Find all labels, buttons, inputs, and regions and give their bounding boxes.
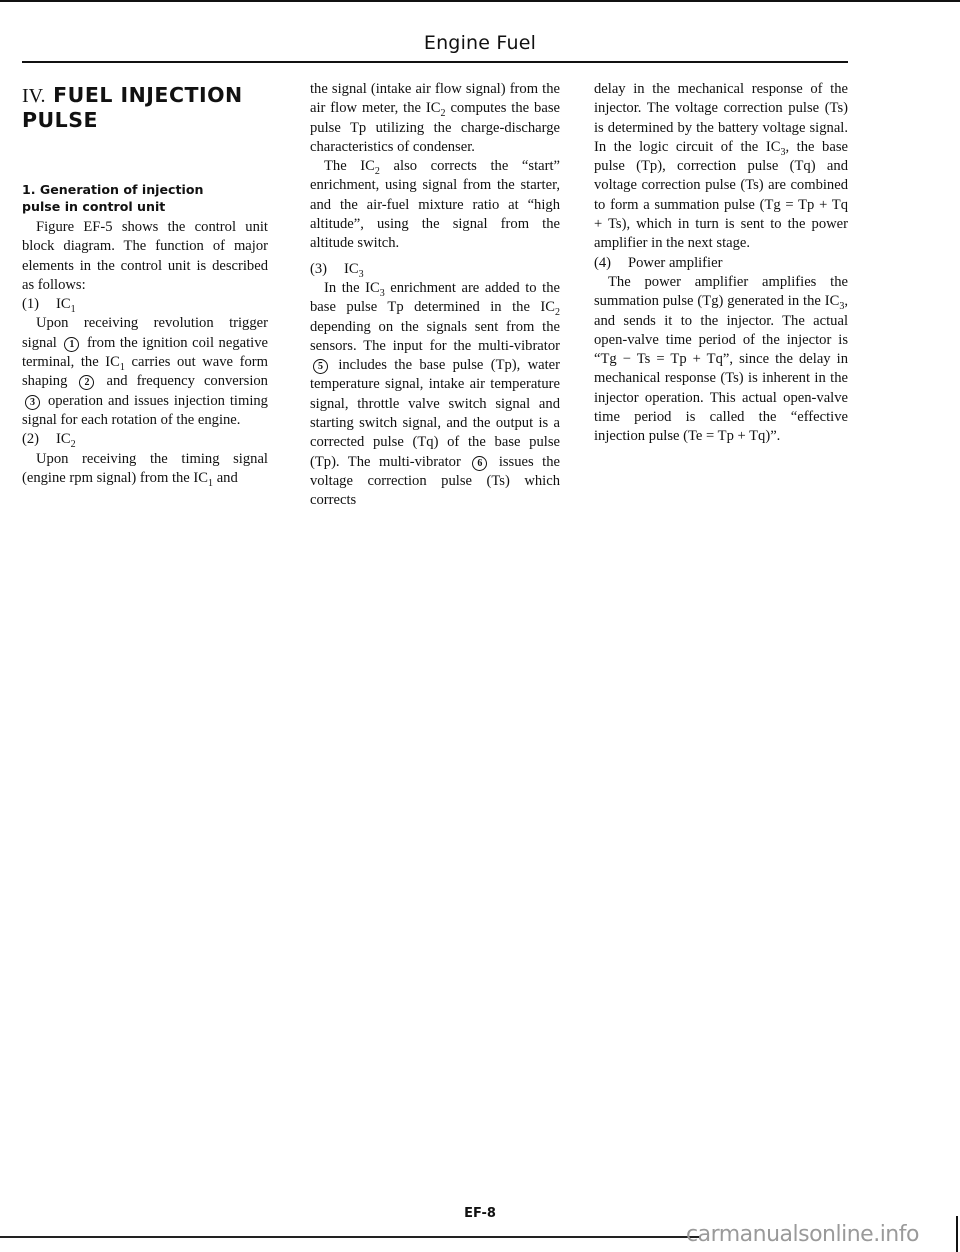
text-run: In the IC <box>324 280 380 296</box>
section-roman-numeral: IV. <box>22 85 46 107</box>
item-2-paragraph: Upon receiving the timing signal (engine… <box>22 450 268 489</box>
text-run: and frequency conversion <box>106 373 268 389</box>
text-run: depending on the signals sent from the s… <box>310 319 560 354</box>
subscript: 2 <box>441 108 446 119</box>
text-run: The IC <box>324 158 375 174</box>
col3-paragraph-1: delay in the mechanical response of the … <box>594 80 848 254</box>
text-run: , and sends it to the injector. The actu… <box>594 293 848 444</box>
item-2-label: IC <box>56 431 71 447</box>
page-edge-bar <box>956 1216 958 1252</box>
header-rule <box>22 61 848 63</box>
subsection-heading: 1. Generation of injection pulse in cont… <box>22 181 268 215</box>
text-run: and <box>217 470 238 486</box>
circled-number-1-icon: 1 <box>64 337 79 352</box>
section-title-line2: PULSE <box>22 108 98 132</box>
item-2-heading: (2)IC2 <box>22 430 268 449</box>
col2-paragraph-1: the signal (intake air flow signal) from… <box>310 80 560 157</box>
running-header-title: Engine Fuel <box>0 32 960 54</box>
item-3-paragraph: In the IC3 enrichment are added to the b… <box>310 279 560 511</box>
column-2: the signal (intake air flow signal) from… <box>310 80 560 511</box>
item-3-number: (3) <box>310 260 344 279</box>
column-1: IV. FUEL INJECTION PULSE 1. Generation o… <box>22 80 268 488</box>
footer-rule <box>0 1236 700 1238</box>
item-3-heading: (3)IC3 <box>310 260 560 279</box>
subsection-title-line1: 1. Generation of injection <box>22 182 203 197</box>
item-1-paragraph: Upon receiving revolution trigger signal… <box>22 314 268 430</box>
item-1-label: IC <box>56 296 71 312</box>
subscript: 1 <box>208 478 213 489</box>
section-heading: IV. FUEL INJECTION PULSE <box>22 83 268 132</box>
watermark-link[interactable]: carmanualsonline.info <box>686 1222 919 1247</box>
subscript: 1 <box>120 362 125 373</box>
circled-number-5-icon: 5 <box>313 359 328 374</box>
item-1-heading: (1)IC1 <box>22 295 268 314</box>
subscript: 3 <box>380 288 385 299</box>
text-run: , the base pulse (Tp), correction pulse … <box>594 139 848 251</box>
column-3: delay in the mechanical response of the … <box>594 80 848 447</box>
circled-number-3-icon: 3 <box>25 395 40 410</box>
item-2-number: (2) <box>22 430 56 449</box>
item-4-label: Power amplifier <box>628 255 722 271</box>
item-3-label: IC <box>344 261 359 277</box>
text-run: The power amplifier amplifies the summat… <box>594 274 848 309</box>
col2-paragraph-2: The IC2 also corrects the “start” enrich… <box>310 157 560 253</box>
item-4-paragraph: The power amplifier amplifies the summat… <box>594 273 848 447</box>
subscript: 2 <box>555 307 560 318</box>
intro-paragraph: Figure EF-5 shows the control unit block… <box>22 218 268 295</box>
page-number: EF-8 <box>0 1206 960 1221</box>
circled-number-2-icon: 2 <box>79 375 94 390</box>
subscript: 2 <box>375 166 380 177</box>
section-title-line1: FUEL INJECTION <box>53 83 243 107</box>
circled-number-6-icon: 6 <box>472 456 487 471</box>
top-border-rule <box>0 0 960 2</box>
item-4-heading: (4)Power amplifier <box>594 254 848 273</box>
item-1-number: (1) <box>22 295 56 314</box>
text-run: operation and issues injection timing si… <box>22 393 268 428</box>
item-2-subscript: 2 <box>71 439 76 450</box>
subsection-title-line2: pulse in control unit <box>22 199 165 214</box>
item-4-number: (4) <box>594 254 628 273</box>
